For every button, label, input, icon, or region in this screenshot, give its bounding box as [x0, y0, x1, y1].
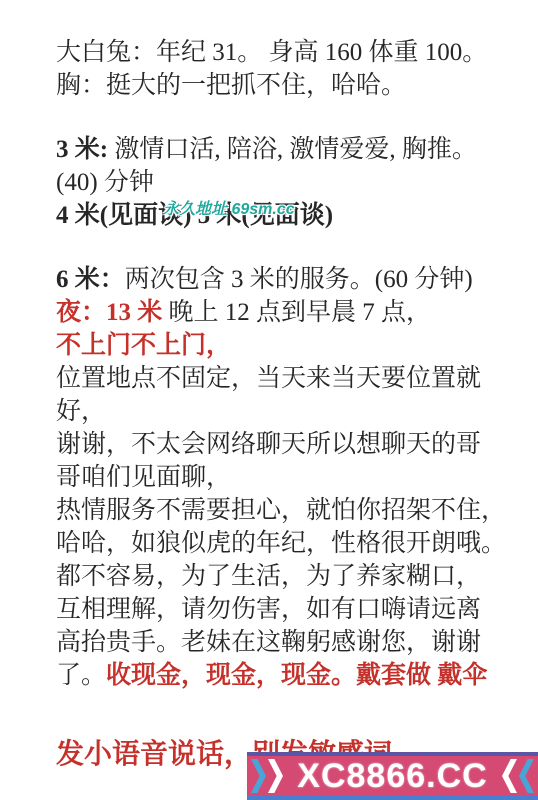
text-segment: 6 米： [56, 266, 125, 293]
text-segment: 热情服务不需要担心，就怕你招架不住， [56, 497, 506, 524]
text-segment: 大白兔：年纪 31。 身高 160 体重 100。 [56, 39, 487, 66]
paragraph-profile: 大白兔：年纪 31。 身高 160 体重 100。 胸：挺大的一把抓不住，哈哈。 [56, 36, 522, 102]
chevron-right-icon [268, 759, 283, 793]
text-line: 哥咱们见面聊， [56, 461, 522, 494]
text-line: 大白兔：年纪 31。 身高 160 体重 100。 [56, 36, 522, 69]
text-segment: (40) 分钟 [56, 169, 154, 196]
text-segment: 两次包含 3 米的服务。(60 分钟) [125, 266, 473, 293]
text-line: 夜：13 米 晚上 12 点到早晨 7 点， [56, 296, 522, 329]
text-line: 谢谢，不太会网络聊天所以想聊天的哥 [56, 428, 522, 461]
text-line: 高抬贵手。老妹在这鞠躬感谢您，谢谢 [56, 626, 522, 659]
text-segment: 收现金，现金，现金。戴套做 戴伞 [106, 662, 487, 689]
text-segment: 都不容易，为了生活，为了养家糊口， [56, 563, 481, 590]
text-segment: 胸：挺大的一把抓不住，哈哈。 [56, 72, 406, 99]
text-line: 哈哈，如狼似虎的年纪，性格很开朗哦。 [56, 527, 522, 560]
text-line: 都不容易，为了生活，为了养家糊口， [56, 560, 522, 593]
paragraph-rules: 6 米：两次包含 3 米的服务。(60 分钟) 夜：13 米 晚上 12 点到早… [56, 263, 522, 692]
text-segment: 不上门不上门， [56, 332, 231, 359]
text-segment: 哥咱们见面聊， [56, 464, 231, 491]
text-line: 位置地点不固定，当天来当天要位置就 [56, 362, 522, 395]
text-line: 胸：挺大的一把抓不住，哈哈。 [56, 69, 522, 102]
chevron-left-icon [502, 759, 517, 793]
document-text: 大白兔：年纪 31。 身高 160 体重 100。 胸：挺大的一把抓不住，哈哈。… [0, 0, 538, 771]
text-segment: 互相理解，请勿伤害，如有口嗨请远离 [56, 596, 481, 623]
ad-banner-url: XC8866.CC [284, 757, 501, 796]
text-line: 6 米：两次包含 3 米的服务。(60 分钟) [56, 263, 522, 296]
text-segment: 好， [56, 398, 106, 425]
site-watermark: 永久地址 69sm.cc [163, 196, 295, 219]
text-segment: 位置地点不固定，当天来当天要位置就 [56, 365, 481, 392]
text-segment: 谢谢，不太会网络聊天所以想聊天的哥 [56, 431, 481, 458]
text-line: (40) 分钟 [56, 166, 522, 199]
text-line: 了。收现金，现金，现金。戴套做 戴伞 [56, 659, 522, 692]
text-line: 热情服务不需要担心，就怕你招架不住， [56, 494, 522, 527]
text-segment: 3 米: [56, 136, 108, 163]
page: 大白兔：年纪 31。 身高 160 体重 100。 胸：挺大的一把抓不住，哈哈。… [0, 0, 538, 800]
ad-banner: XC8866.CC [247, 752, 538, 800]
text-line: 不上门不上门， [56, 329, 522, 362]
chevron-left-icon [519, 759, 534, 793]
text-segment: 哈哈，如狼似虎的年纪，性格很开朗哦。 [56, 530, 506, 557]
text-segment: 激情口活, 陪浴, 激情爱爱, 胸推。 [108, 136, 477, 163]
text-line: 3 米: 激情口活, 陪浴, 激情爱爱, 胸推。 [56, 133, 522, 166]
text-line: 互相理解，请勿伤害，如有口嗨请远离 [56, 593, 522, 626]
text-segment: 了。 [56, 662, 106, 689]
text-segment: 夜：13 米 [56, 299, 162, 326]
text-segment: 高抬贵手。老妹在这鞠躬感谢您，谢谢 [56, 629, 481, 656]
chevron-right-icon [251, 759, 266, 793]
text-line: 好， [56, 395, 522, 428]
text-segment: 晚上 12 点到早晨 7 点， [162, 299, 431, 326]
